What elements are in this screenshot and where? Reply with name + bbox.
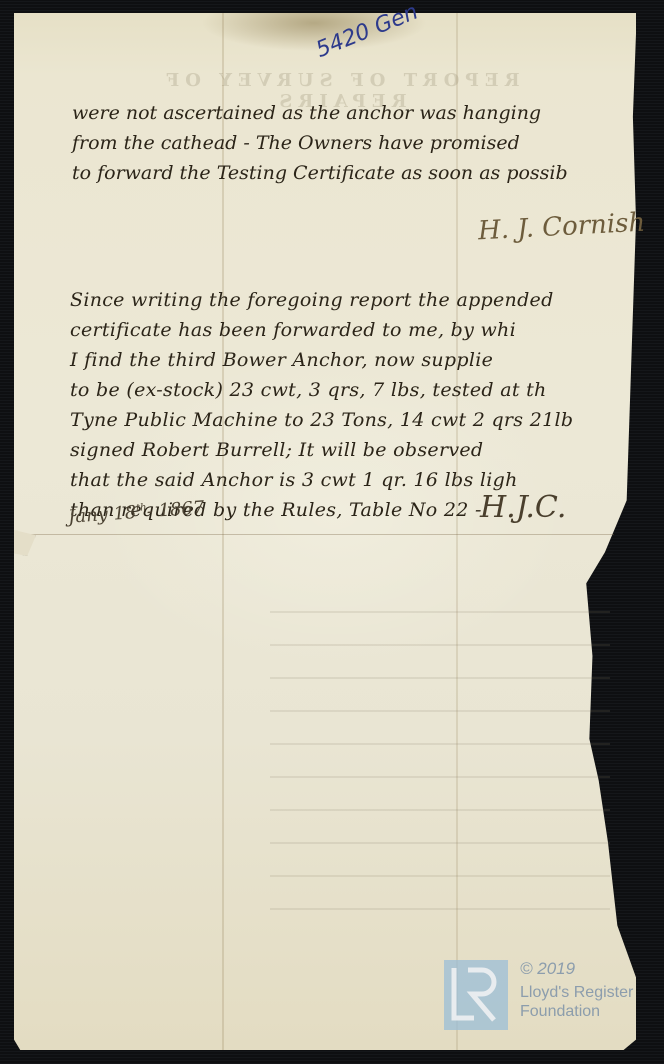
organisation-name: Lloyd's Register Foundation [520, 983, 633, 1021]
text-line: certificate has been forwarded to me, by… [70, 315, 573, 345]
text-line: to be (ex-stock) 23 cwt, 3 qrs, 7 lbs, t… [70, 375, 573, 405]
date-ordinal: th [136, 502, 147, 514]
date-year: - 1867 [146, 497, 205, 522]
bleed-through-form-lines [270, 580, 610, 940]
text-line: Tyne Public Machine to 23 Tons, 14 cwt 2… [70, 405, 573, 435]
copyright-year: © 2019 [520, 960, 633, 978]
lr-logo-icon [444, 960, 508, 1030]
text-line: Since writing the foregoing report the a… [70, 285, 573, 315]
paragraph-postscript: Since writing the foregoing report the a… [70, 285, 573, 525]
text-line: were not ascertained as the anchor was h… [72, 98, 568, 128]
paragraph-continuation: were not ascertained as the anchor was h… [72, 98, 568, 188]
watermark-text: © 2019 Lloyd's Register Foundation [520, 960, 633, 1021]
text-line: I find the third Bower Anchor, now suppl… [70, 345, 573, 375]
fold-line [14, 534, 614, 535]
text-line: to forward the Testing Certificate as so… [72, 158, 568, 188]
text-line: from the cathead - The Owners have promi… [72, 128, 568, 158]
surveyor-initials: H.J.C. [480, 490, 566, 525]
copyright-watermark: © 2019 Lloyd's Register Foundation [444, 960, 664, 1032]
text-line: signed Robert Burrell; It will be observ… [70, 435, 573, 465]
